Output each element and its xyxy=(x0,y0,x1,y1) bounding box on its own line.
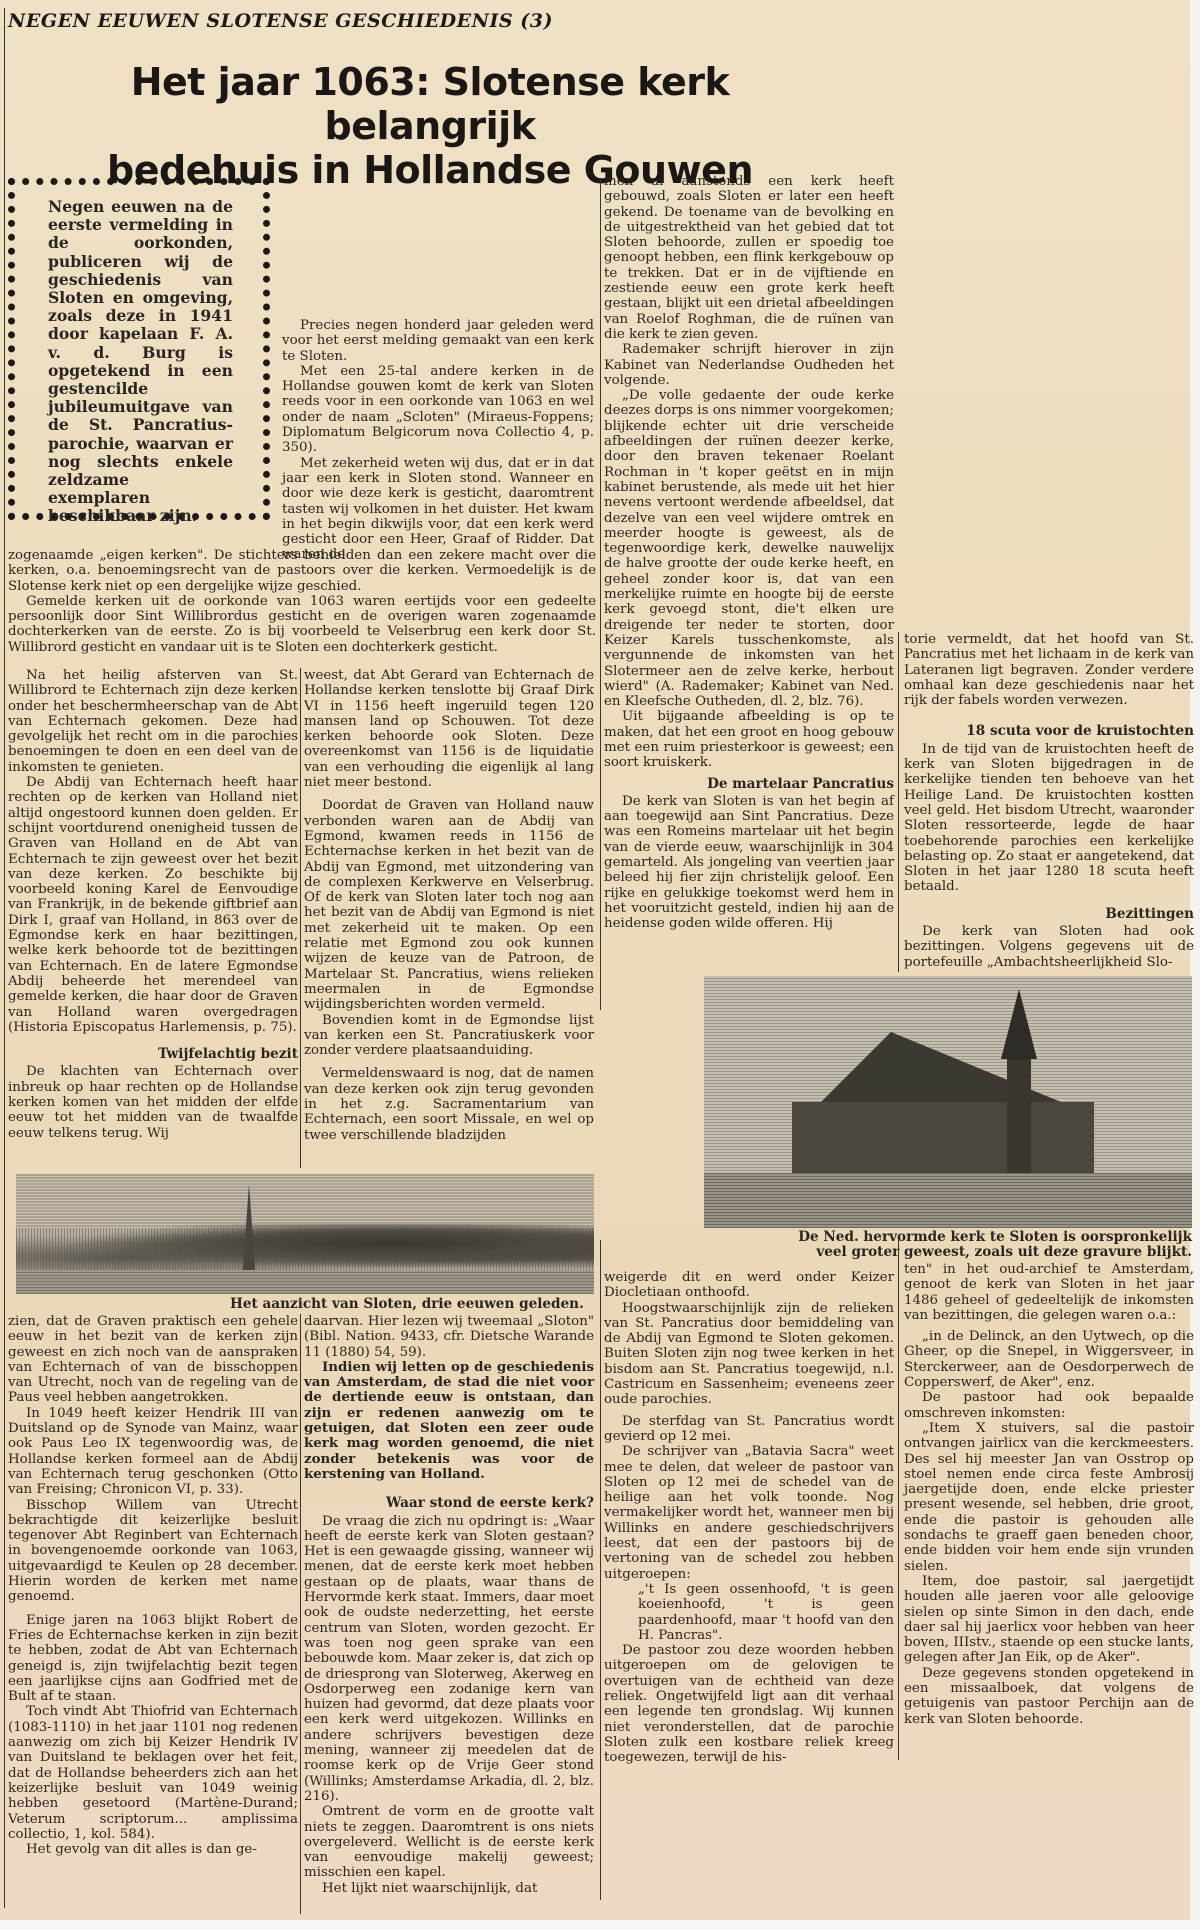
column-rule xyxy=(600,1240,601,1900)
church-engraving-image xyxy=(704,976,1192,1228)
paragraph: Hoogstwaarschijnlijk zijn de relieken va… xyxy=(604,1301,894,1408)
paragraph: Toch vindt Abt Thiofrid van Echternach (… xyxy=(8,1704,298,1842)
intro-text: Negen eeuwen na de eerste vermelding in … xyxy=(48,198,233,526)
series-kicker: NEGEN EEUWEN SLOTENSE GESCHIEDENIS (3) xyxy=(8,10,553,32)
paragraph: De pastoor had ook bepaalde omschreven i… xyxy=(904,1390,1194,1421)
subheading-twijfelachtig: Twijfelachtig bezit xyxy=(8,1047,298,1062)
paragraph: Omtrent de vorm en de grootte valt niets… xyxy=(304,1804,594,1880)
paragraph: De klachten van Echternach over inbreuk … xyxy=(8,1064,298,1140)
subheading-bezittingen: Bezittingen xyxy=(904,907,1194,922)
paragraph: De vraag die zich nu opdringt is: „Waar … xyxy=(304,1514,594,1805)
paragraph: In de tijd van de kruistochten heeft de … xyxy=(904,742,1194,895)
page-bottom-margin xyxy=(0,1920,1200,1930)
paragraph: De pastoor zou deze woorden hebben uitge… xyxy=(604,1643,894,1765)
paragraph: Item, doe pastoir, sal jaergetijdt houde… xyxy=(904,1574,1194,1666)
paragraph: Bisschop Willem van Utrecht bekrachtigde… xyxy=(8,1498,298,1605)
lead-column: Precies negen honderd jaar geleden werd … xyxy=(282,318,594,563)
paragraph: Deze gegevens stonden opgetekend in een … xyxy=(904,1666,1194,1727)
subheading-pancratius: De martelaar Pancratius xyxy=(604,777,894,792)
paragraph: weest, dat Abt Gerard van Echternach de … xyxy=(304,668,594,790)
quote-paragraph: „in de Delinck, an den Uytwech, op die G… xyxy=(904,1329,1194,1390)
paragraph: De kerk van Sloten had ook bezittingen. … xyxy=(904,924,1194,970)
paragraph: men al aanstonds een kerk heeft gebouwd,… xyxy=(604,174,894,342)
wide-paragraph: Gemelde kerken uit de oorkonde van 1063 … xyxy=(8,594,596,655)
wide-paragraph: zogenaamde „eigen kerken". De stichters … xyxy=(8,548,596,594)
paragraph: torie vermeldt, dat het hoofd van St. Pa… xyxy=(904,632,1194,708)
paragraph: Bovendien komt in de Egmondse lijst van … xyxy=(304,1013,594,1059)
subheading-kruistochten: 18 scuta voor de kruistochten xyxy=(904,724,1194,739)
paragraph: Het gevolg van dit alles is dan ge- xyxy=(8,1842,298,1857)
paragraph: zien, dat de Graven praktisch een gehele… xyxy=(8,1314,298,1406)
column-4-bottom: ten" in het oud-archief te Amsterdam, ge… xyxy=(904,1262,1194,1727)
bold-paragraph: Indien wij letten op de geschiedenis van… xyxy=(304,1360,594,1482)
column-2-bottom: daarvan. Hier lezen wij tweemaal „Sloton… xyxy=(304,1314,594,1896)
column-1-bottom: zien, dat de Graven praktisch een gehele… xyxy=(8,1314,298,1857)
column-rule xyxy=(600,180,601,1010)
paragraph: Uit bijgaande afbeelding is op te maken,… xyxy=(604,709,894,770)
paragraph: De kerk van Sloten is van het begin af a… xyxy=(604,794,894,932)
paragraph: Na het heilig afsterven van St. Willibro… xyxy=(8,668,298,775)
paragraph: Het lijkt niet waarschijnlijk, dat xyxy=(304,1881,594,1896)
landscape-caption: Het aanzicht van Sloten, drie eeuwen gel… xyxy=(230,1296,584,1312)
paragraph: In 1049 heeft keizer Hendrik III van Dui… xyxy=(8,1406,298,1498)
quote-paragraph: „De volle gedaente der oude kerke deezes… xyxy=(604,388,894,709)
lead-paragraph: Met een 25-tal andere kerken in de Holla… xyxy=(282,364,594,456)
far-right-column-top: torie vermeldt, dat het hoofd van St. Pa… xyxy=(904,632,1194,970)
headline: Het jaar 1063: Slotense kerk belangrijk … xyxy=(70,60,790,192)
paragraph: daarvan. Hier lezen wij tweemaal „Sloton… xyxy=(304,1314,594,1360)
paragraph: Enige jaren na 1063 blijkt Robert de Fri… xyxy=(8,1613,298,1705)
church-caption-line-1: De Ned. hervormde kerk te Sloten is oors… xyxy=(796,1230,1192,1245)
paragraph: ten" in het oud-archief te Amsterdam, ge… xyxy=(904,1262,1194,1323)
paragraph: De Abdij van Echternach heeft haar recht… xyxy=(8,775,298,1035)
paragraph: Rademaker schrijft hierover in zijn Kabi… xyxy=(604,342,894,388)
column-2-middle: weest, dat Abt Gerard van Echternach de … xyxy=(304,668,594,1143)
left-border-rule xyxy=(4,8,5,1908)
subheading-waar: Waar stond de eerste kerk? xyxy=(304,1496,594,1511)
church-caption-line-2: veel groter geweest, zoals uit deze grav… xyxy=(796,1245,1192,1260)
column-rule xyxy=(898,632,899,972)
quote-paragraph: „Item X stuivers, sal die pastoir ontvan… xyxy=(904,1421,1194,1574)
paragraph: De schrijver van „Batavia Sacra" weet me… xyxy=(604,1444,894,1582)
column-3-bottom: weigerde dit en werd onder Keizer Diocle… xyxy=(604,1270,894,1766)
lead-paragraph: Met zekerheid weten wij dus, dat er in d… xyxy=(282,456,594,563)
wide-column: zogenaamde „eigen kerken". De stichters … xyxy=(8,548,596,655)
headline-line-1: Het jaar 1063: Slotense kerk belangrijk xyxy=(70,60,790,148)
paragraph: De sterfdag van St. Pancratius wordt gev… xyxy=(604,1414,894,1445)
church-caption: De Ned. hervormde kerk te Sloten is oors… xyxy=(796,1230,1192,1260)
paragraph: weigerde dit en werd onder Keizer Diocle… xyxy=(604,1270,894,1301)
column-rule xyxy=(300,1314,301,1914)
paragraph: Doordat de Graven van Holland nauw verbo… xyxy=(304,798,594,1012)
column-1-middle: Na het heilig afsterven van St. Willibro… xyxy=(8,668,298,1141)
right-column-top: men al aanstonds een kerk heeft gebouwd,… xyxy=(604,174,894,932)
paragraph: Vermeldenswaard is nog, dat de namen van… xyxy=(304,1066,594,1142)
quote-paragraph: „'t Is geen ossenhoofd, 't is geen koeie… xyxy=(604,1582,894,1643)
landscape-engraving-image xyxy=(16,1174,594,1294)
lead-paragraph: Precies negen honderd jaar geleden werd … xyxy=(282,318,594,364)
column-rule xyxy=(300,668,301,1168)
column-rule xyxy=(898,1240,899,1760)
